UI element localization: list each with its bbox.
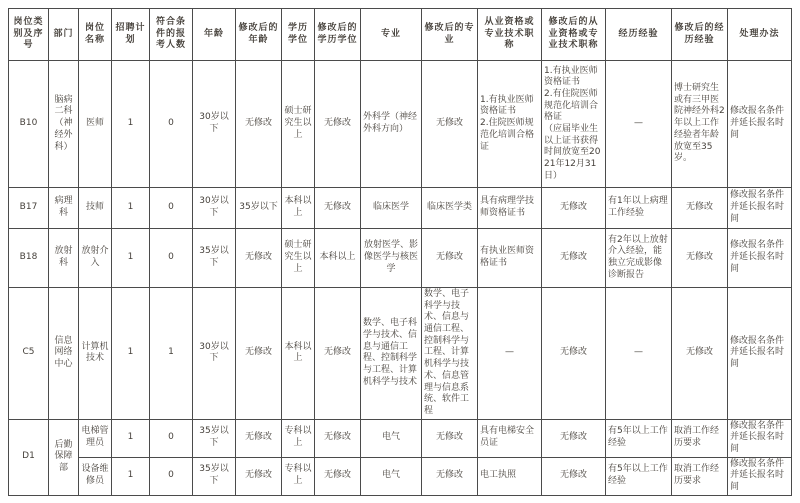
cell-education: 专科以上 [282, 419, 315, 457]
cell-experience-modified: 无修改 [672, 288, 728, 420]
cell-certification: 有执业医师资格证书 [478, 229, 542, 288]
cell-experience: 有1年以上病理工作经验 [606, 188, 672, 229]
cell-post-id: C5 [9, 288, 49, 420]
cell-age-modified: 无修改 [236, 457, 282, 495]
cell-major: 外科学（神经外科方向） [361, 61, 422, 188]
header-experience-modified: 修改后的经历经验 [672, 9, 728, 61]
cell-department: 放射科 [49, 229, 79, 288]
cell-education: 本科以上 [282, 188, 315, 229]
cell-education-modified: 无修改 [315, 188, 361, 229]
cell-qualified-count: 1 [150, 288, 193, 420]
cell-post-name: 设备维修员 [79, 457, 112, 495]
cell-certification-modified: 无修改 [542, 288, 606, 420]
cell-certification: 1.有执业医师资格证书 2.住院医师规范化培训合格证 [478, 61, 542, 188]
cell-plan: 1 [112, 188, 150, 229]
cell-major: 临床医学 [361, 188, 422, 229]
cell-experience: — [606, 61, 672, 188]
cell-education: 硕士研究生以上 [282, 229, 315, 288]
header-experience: 经历经验 [606, 9, 672, 61]
cell-major: 数学、电子科学与技术、信息与通信工程、控制科学与工程、计算机科学与技术 [361, 288, 422, 420]
cell-plan: 1 [112, 457, 150, 495]
cell-certification: 具有病理学技师资格证书 [478, 188, 542, 229]
cell-certification-modified: 无修改 [542, 457, 606, 495]
cell-action: 修改报名条件并延长报名时间 [728, 61, 792, 188]
cell-qualified-count: 0 [150, 457, 193, 495]
cell-plan: 1 [112, 288, 150, 420]
cell-major-modified: 无修改 [422, 229, 478, 288]
cell-age-modified: 无修改 [236, 288, 282, 420]
cell-certification-modified: 无修改 [542, 229, 606, 288]
header-age-modified: 修改后的年龄 [236, 9, 282, 61]
header-education-modified: 修改后的学历学位 [315, 9, 361, 61]
cell-age-modified: 无修改 [236, 61, 282, 188]
cell-post-id: B10 [9, 61, 49, 188]
cell-major-modified: 临床医学类 [422, 188, 478, 229]
cell-education: 本科以上 [282, 288, 315, 420]
cell-age-modified: 无修改 [236, 229, 282, 288]
cell-major: 放射医学、影像医学与核医学 [361, 229, 422, 288]
cell-post-name: 放射介入 [79, 229, 112, 288]
cell-experience-modified: 无修改 [672, 229, 728, 288]
cell-experience: 有5年以上工作经验 [606, 419, 672, 457]
cell-certification: 具有电梯安全员证 [478, 419, 542, 457]
cell-post-id: B17 [9, 188, 49, 229]
header-post-id: 岗位类别及序号 [9, 9, 49, 61]
header-row: 岗位类别及序号 部门 岗位名称 招聘计划 符合条件的报考人数 年龄 修改后的年龄… [9, 9, 792, 61]
cell-age: 35岁以下 [193, 229, 236, 288]
cell-age: 35岁以下 [193, 457, 236, 495]
cell-department: 脑病二科（神经外科） [49, 61, 79, 188]
table-row: C5 信息网络中心 计算机技术 1 1 30岁以下 无修改 本科以上 无修改 数… [9, 288, 792, 420]
header-certification: 从业资格或专业技术职称 [478, 9, 542, 61]
header-action: 处理办法 [728, 9, 792, 61]
cell-major-modified: 数学、电子科学与技术、信息与通信工程、控制科学与工程、计算机科学与技术、信息管理… [422, 288, 478, 420]
cell-certification-modified: 无修改 [542, 188, 606, 229]
cell-department: 信息网络中心 [49, 288, 79, 420]
header-major-modified: 修改后的专业 [422, 9, 478, 61]
header-age: 年龄 [193, 9, 236, 61]
cell-action: 修改报名条件并延长报名时间 [728, 419, 792, 457]
cell-education-modified: 无修改 [315, 288, 361, 420]
cell-major: 电气 [361, 457, 422, 495]
cell-age: 30岁以下 [193, 61, 236, 188]
cell-qualified-count: 0 [150, 61, 193, 188]
cell-post-id: D1 [9, 419, 49, 495]
table-row: B17 病理科 技师 1 0 30岁以下 35岁以下 本科以上 无修改 临床医学… [9, 188, 792, 229]
cell-qualified-count: 0 [150, 229, 193, 288]
cell-age-modified: 无修改 [236, 419, 282, 457]
cell-post-id: B18 [9, 229, 49, 288]
header-major: 专业 [361, 9, 422, 61]
cell-department: 病理科 [49, 188, 79, 229]
header-education: 学历学位 [282, 9, 315, 61]
cell-experience-modified: 无修改 [672, 188, 728, 229]
table-row: D1 后勤保障部 电梯管理员 1 0 35岁以下 无修改 专科以上 无修改 电气… [9, 419, 792, 457]
cell-age-modified: 35岁以下 [236, 188, 282, 229]
cell-education: 硕士研究生以上 [282, 61, 315, 188]
cell-post-name: 计算机技术 [79, 288, 112, 420]
cell-post-name: 技师 [79, 188, 112, 229]
table-row: B10 脑病二科（神经外科） 医师 1 0 30岁以下 无修改 硕士研究生以上 … [9, 61, 792, 188]
cell-action: 修改报名条件并延长报名时间 [728, 229, 792, 288]
cell-certification-modified: 1.有执业医师资格证书 2.有住院医师规范化培训合格证 （应届毕业生以上证书获得… [542, 61, 606, 188]
cell-experience-modified: 博士研究生或有三甲医院神经外科2年以上工作经验者年龄放宽至35岁。 [672, 61, 728, 188]
header-department: 部门 [49, 9, 79, 61]
cell-major-modified: 无修改 [422, 61, 478, 188]
cell-age: 35岁以下 [193, 419, 236, 457]
cell-experience: 有2年以上放射介入经验，能独立完成影像诊断报告 [606, 229, 672, 288]
cell-action: 修改报名条件并延长报名时间 [728, 457, 792, 495]
header-certification-modified: 修改后的从业资格或专业技术职称 [542, 9, 606, 61]
cell-experience-modified: 取消工作经历要求 [672, 457, 728, 495]
cell-education-modified: 无修改 [315, 457, 361, 495]
header-qualified-count: 符合条件的报考人数 [150, 9, 193, 61]
cell-certification-modified: 无修改 [542, 419, 606, 457]
cell-plan: 1 [112, 61, 150, 188]
cell-major-modified: 无修改 [422, 419, 478, 457]
cell-department: 后勤保障部 [49, 419, 79, 495]
cell-qualified-count: 0 [150, 419, 193, 457]
cell-post-name: 电梯管理员 [79, 419, 112, 457]
cell-plan: 1 [112, 229, 150, 288]
cell-post-name: 医师 [79, 61, 112, 188]
cell-major: 电气 [361, 419, 422, 457]
cell-certification: 电工执照 [478, 457, 542, 495]
header-post-name: 岗位名称 [79, 9, 112, 61]
table-row: B18 放射科 放射介入 1 0 35岁以下 无修改 硕士研究生以上 本科以上 … [9, 229, 792, 288]
cell-major-modified: 无修改 [422, 457, 478, 495]
cell-education-modified: 本科以上 [315, 229, 361, 288]
cell-qualified-count: 0 [150, 188, 193, 229]
header-plan: 招聘计划 [112, 9, 150, 61]
cell-experience: — [606, 288, 672, 420]
recruitment-modification-table: 岗位类别及序号 部门 岗位名称 招聘计划 符合条件的报考人数 年龄 修改后的年龄… [8, 8, 792, 496]
cell-action: 修改报名条件并延长报名时间 [728, 188, 792, 229]
cell-education: 专科以上 [282, 457, 315, 495]
cell-plan: 1 [112, 419, 150, 457]
cell-experience: 有5年以上工作经验 [606, 457, 672, 495]
cell-action: 修改报名条件并延长报名时间 [728, 288, 792, 420]
cell-education-modified: 无修改 [315, 419, 361, 457]
cell-education-modified: 无修改 [315, 61, 361, 188]
cell-age: 30岁以下 [193, 288, 236, 420]
table-row: 设备维修员 1 0 35岁以下 无修改 专科以上 无修改 电气 无修改 电工执照… [9, 457, 792, 495]
cell-certification: — [478, 288, 542, 420]
cell-age: 30岁以下 [193, 188, 236, 229]
cell-experience-modified: 取消工作经历要求 [672, 419, 728, 457]
